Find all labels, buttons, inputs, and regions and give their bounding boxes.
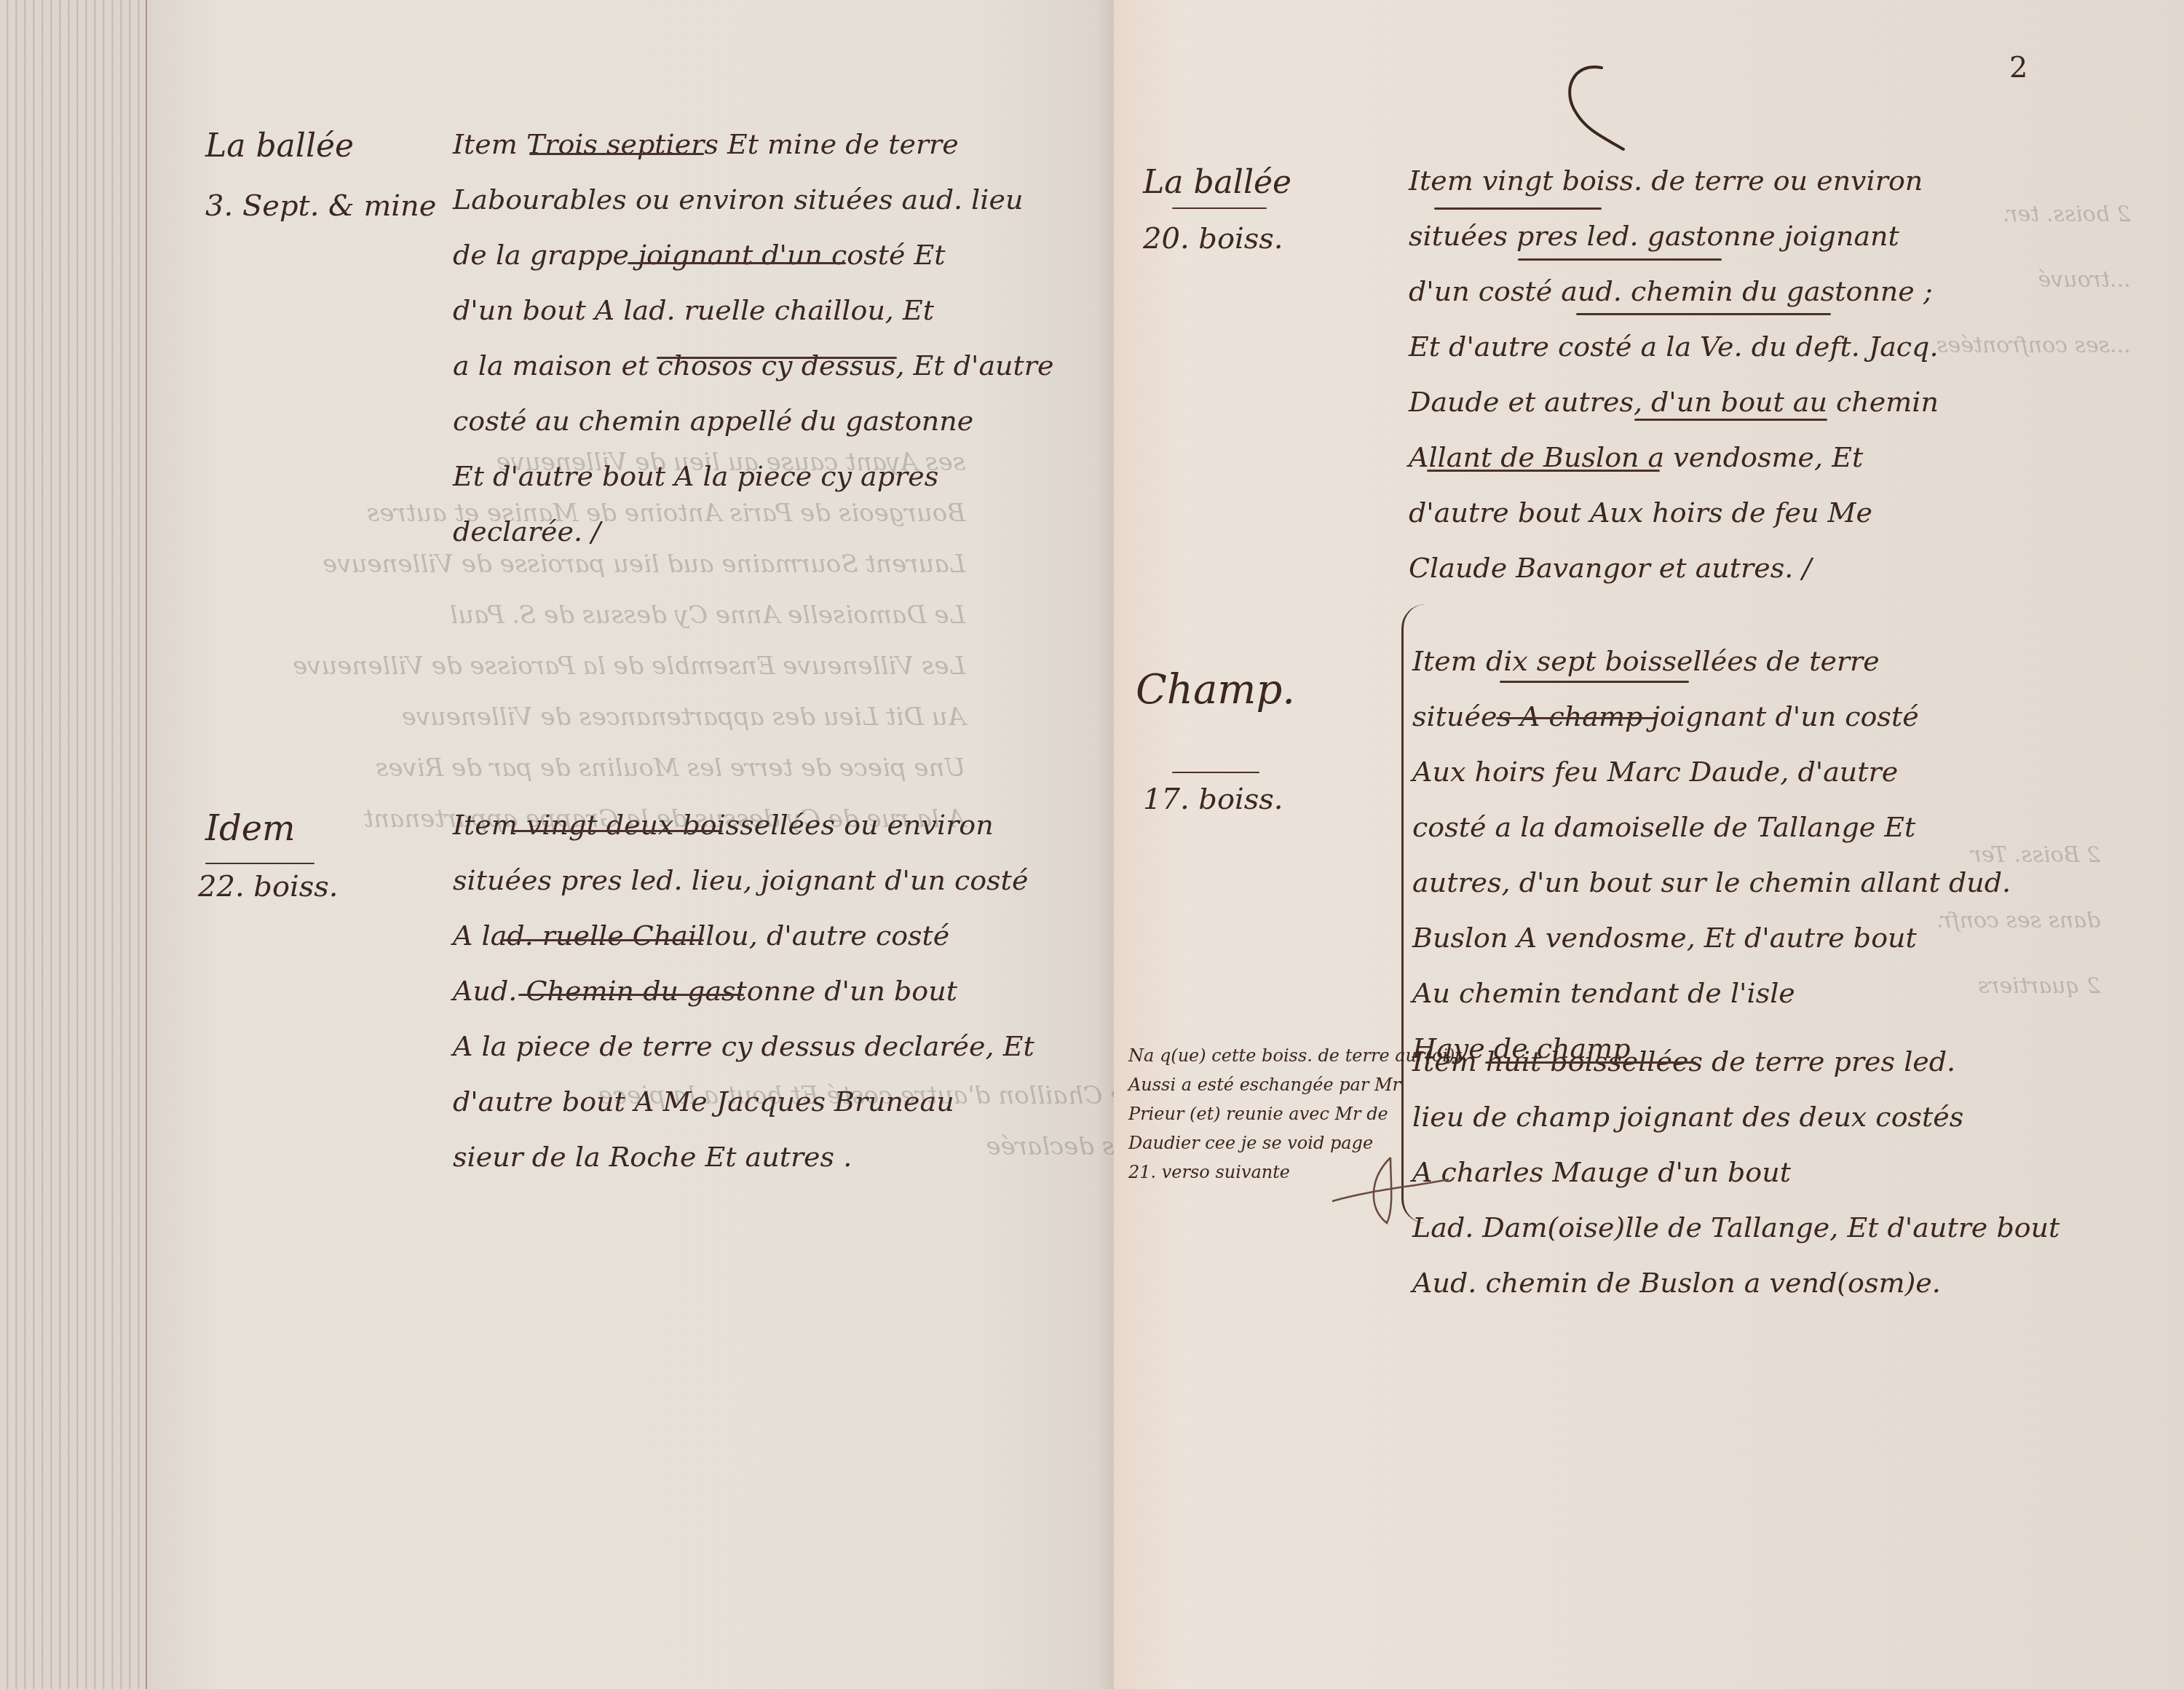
entry-line: Lad. Dam(oise)lle de Tallange, Et d'autr… <box>1412 1200 2060 1255</box>
bleed-line: Le Damoiselle Anne Cy dessus de S. Paul <box>293 590 965 641</box>
entry-line: d'un costé aud. chemin du gastonne ; <box>1409 264 1939 319</box>
entry-line: A charles Mauge d'un bout <box>1412 1144 2060 1200</box>
underline <box>1427 470 1660 472</box>
margin-label-location: Lа ballée <box>205 127 354 165</box>
underline <box>1172 207 1267 209</box>
decorative-flourish-icon <box>1551 62 1631 157</box>
underline <box>1485 1061 1696 1064</box>
bleed-line: Les Villeneuve Ensemble de la Paroisse d… <box>293 641 965 692</box>
entry-line: d'autre bout Aux hoirs de feu Me <box>1409 485 1939 540</box>
margin-quantity: 3. Sept. & mine <box>205 189 437 223</box>
register-entry: Item dix sept boissellées de terre situé… <box>1412 633 2011 1076</box>
register-entry: Item vingt deux boissellées ou environ s… <box>453 797 1034 1184</box>
register-entry: Item Trois septiers Et mine de terre Lab… <box>453 116 1054 559</box>
entry-line: Item vingt boiss. de terre ou environ <box>1409 153 1939 208</box>
entry-line: costé a la damoiselle de Tallange Et <box>1412 799 2011 855</box>
entry-line: Au chemin tendant de l'isle <box>1412 965 2011 1021</box>
entry-line: Aud. chemin de Buslon a vend(osm)e. <box>1412 1255 2060 1310</box>
entry-line: declarée. / <box>453 504 1054 559</box>
entry-line: situées pres led. gastonne joignant <box>1409 208 1939 264</box>
underline <box>205 863 314 864</box>
entry-line: Aux hoirs feu Marc Daude, d'autre <box>1412 744 2011 799</box>
margin-label-location: Idem <box>205 808 296 849</box>
bleed-line: Une piece de terre les Moulins de par de… <box>293 743 965 794</box>
entry-line: Allant de Buslon a vendosme, Et <box>1409 430 1939 485</box>
stacked-page-edges <box>0 0 146 1689</box>
entry-line: Et d'autre costé a la Ve. du deft. Jacq. <box>1409 319 1939 374</box>
underline <box>657 357 897 359</box>
underline <box>1500 681 1689 683</box>
margin-quantity: 17. boiss. <box>1143 783 1283 816</box>
margin-quantity: 20. boiss. <box>1143 222 1283 256</box>
register-entry: Item huit boissellées de terre pres led.… <box>1412 1034 2060 1310</box>
page-number: 2 <box>2009 51 2027 84</box>
entry-line: costé au chemin appellé du gastonne <box>453 393 1054 448</box>
entry-line: A la piece de terre cy dessus declarée, … <box>453 1018 1034 1074</box>
underline <box>1576 313 1831 315</box>
note-line: Aussi a esté eschangée par Mr <box>1128 1070 1462 1099</box>
entry-line: Et d'autre bout A la piece cy apres <box>453 448 1054 504</box>
entry-line: A lad. ruelle Chaillou, d'autre costé <box>453 908 1034 963</box>
underline <box>1434 207 1602 210</box>
entry-line: autres, d'un bout sur le chemin allant d… <box>1412 855 2011 910</box>
bleed-line: ...ses confrontées <box>1936 313 2131 379</box>
bleed-line: Au Dit Lieu des appartenances de Villene… <box>293 692 965 743</box>
entry-line: Aud. Chemin du gastonne d'un bout <box>453 963 1034 1018</box>
underline <box>518 994 744 996</box>
margin-label-location: Champ. <box>1136 666 1295 713</box>
entry-line: situées pres led. lieu, joignant d'un co… <box>453 853 1034 908</box>
entry-line: situées A champ joignant d'un costé <box>1412 689 2011 744</box>
underline <box>1172 772 1259 773</box>
entry-line: Claude Bavangor et autres. / <box>1409 540 1939 596</box>
underline <box>1518 258 1722 261</box>
bleed-through-text: 2 boiss. ter. ...trouvé ...ses confronté… <box>1936 182 2131 379</box>
underline <box>1634 419 1827 421</box>
entry-line: sieur de la Roche Et autres . <box>453 1129 1034 1184</box>
note-line: Prieur (et) reunie avec Mr de <box>1128 1099 1462 1128</box>
entry-line: lieu de champ joignant des deux costés <box>1412 1089 2060 1144</box>
bleed-line: ...trouvé <box>1936 248 2131 313</box>
left-page: ses Ayant cause au lieu de Villeneuve Bo… <box>146 0 1115 1689</box>
underline <box>529 153 704 155</box>
bleed-line: 2 boiss. ter. <box>1936 182 2131 248</box>
register-entry: Item vingt boiss. de terre ou environ si… <box>1409 153 1939 596</box>
right-page: 2 2 boiss. ter. ...trouvé ...ses confron… <box>1114 0 2184 1689</box>
entry-line: Daude et autres, d'un bout au chemin <box>1409 374 1939 430</box>
margin-label-location: La ballée <box>1143 164 1291 201</box>
entry-line: de la grappe joignant d'un costé Et <box>453 227 1054 282</box>
entry-line: d'autre bout A Me Jacques Bruneau <box>453 1074 1034 1129</box>
entry-line: d'un bout A lad. ruelle chaillou, Et <box>453 282 1054 338</box>
entry-line: Buslon A vendosme, Et d'autre bout <box>1412 910 2011 965</box>
note-line: Na q(ue) cette boiss. de terre aur(oi)t <box>1128 1041 1462 1070</box>
underline <box>500 939 704 941</box>
entry-line: Item vingt deux boissellées ou environ <box>453 797 1034 853</box>
manuscript-spread: ses Ayant cause au lieu de Villeneuve Bo… <box>0 0 2184 1689</box>
entry-line: a la maison et chosos cy dessus, Et d'au… <box>453 338 1054 393</box>
entry-line: Labourables ou environ situées aud. lieu <box>453 172 1054 227</box>
cross-mark-icon <box>1325 1150 1456 1230</box>
underline <box>511 830 722 832</box>
underline <box>628 262 846 264</box>
entry-line: Item Trois septiers Et mine de terre <box>453 116 1054 172</box>
underline <box>1496 717 1656 719</box>
margin-quantity: 22. boiss. <box>198 870 339 903</box>
